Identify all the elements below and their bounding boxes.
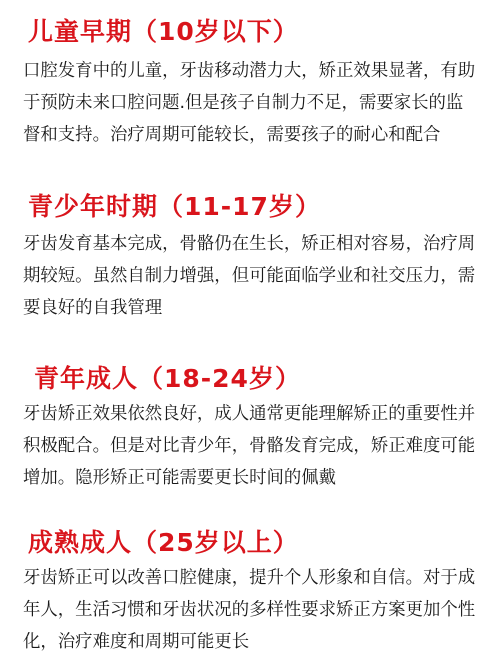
section-body: 牙齿发育基本完成，骨骼仍在生长，矫正相对容易，治疗周 期较短。虽然自制力增强，但… (23, 228, 483, 324)
section-heading: 青少年时期（11-17岁） (28, 192, 321, 222)
body-line: 督和支持。治疗周期可能较长，需要孩子的耐心和配合 (23, 119, 483, 151)
body-line: 于预防未来口腔问题.但是孩子自制力不足，需要家长的监 (23, 87, 483, 119)
body-line: 要良好的自我管理 (23, 292, 483, 324)
section-body: 牙齿矫正效果依然良好，成人通常更能理解矫正的重要性并 积极配合。但是对比青少年，… (23, 398, 483, 494)
section-heading: 成熟成人（25岁以上） (28, 528, 299, 558)
section-heading: 青年成人（18-24岁） (34, 364, 301, 394)
body-line: 期较短。虽然自制力增强，但可能面临学业和社交压力，需 (23, 260, 483, 292)
body-line: 口腔发育中的儿童，牙齿移动潜力大，矫正效果显著，有助 (23, 55, 483, 87)
body-line: 牙齿矫正效果依然良好，成人通常更能理解矫正的重要性并 (23, 398, 483, 430)
section-body: 口腔发育中的儿童，牙齿移动潜力大，矫正效果显著，有助 于预防未来口腔问题.但是孩… (23, 55, 483, 151)
body-line: 牙齿发育基本完成，骨骼仍在生长，矫正相对容易，治疗周 (23, 228, 483, 260)
section-body: 牙齿矫正可以改善口腔健康，提升个人形象和自信。对于成 年人，生活习惯和牙齿状况的… (23, 562, 483, 658)
body-line: 年人，生活习惯和牙齿状况的多样性要求矫正方案更加个性 (23, 594, 483, 626)
body-line: 增加。隐形矫正可能需要更长时间的佩戴 (23, 462, 483, 494)
section-heading: 儿童早期（10岁以下） (28, 17, 299, 47)
body-line: 积极配合。但是对比青少年，骨骼发育完成，矫正难度可能 (23, 430, 483, 462)
body-line: 化，治疗难度和周期可能更长 (23, 626, 483, 658)
body-line: 牙齿矫正可以改善口腔健康，提升个人形象和自信。对于成 (23, 562, 483, 594)
